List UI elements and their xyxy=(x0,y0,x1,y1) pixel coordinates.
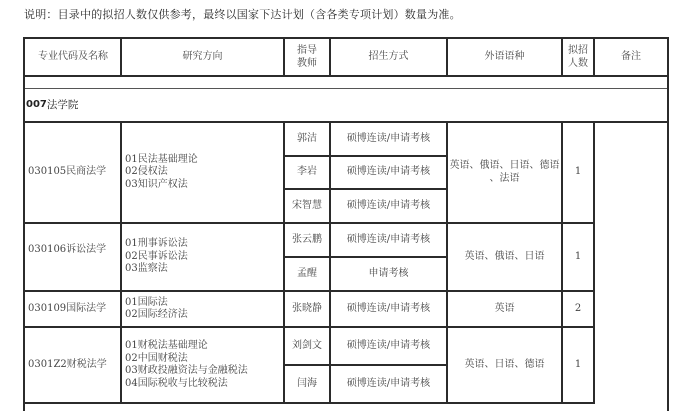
quota-cell: 1 xyxy=(563,224,593,290)
direction-item: 01国际法 xyxy=(125,297,168,310)
research-directions: 01国际法 02国际经济法 xyxy=(122,292,282,326)
advisor-name: 闫海 xyxy=(297,378,317,391)
header-remark: 备注 xyxy=(595,39,667,76)
language-text: 英语、俄语、日语 xyxy=(465,251,545,264)
header-quota-line2: 人数 xyxy=(568,58,588,71)
header-language: 外语语种 xyxy=(448,39,561,76)
language-cell: 英语、俄语、日语 xyxy=(448,224,561,290)
header-method-label: 招生方式 xyxy=(369,51,409,64)
college-row: 007法学院 xyxy=(24,89,324,122)
language-text: 英语 xyxy=(495,303,515,316)
direction-item: 03财政投融资法与金融税法 xyxy=(125,365,248,378)
header-language-label: 外语语种 xyxy=(485,51,525,64)
header-direction: 研究方向 xyxy=(122,39,283,76)
method-cell: 硕博连读/申请考核 xyxy=(331,157,446,188)
direction-item: 03知识产权法 xyxy=(125,179,188,192)
major-name: 030106诉讼法学 xyxy=(25,224,120,290)
major-name-label: 030109国际法学 xyxy=(28,303,106,316)
direction-item: 02国际经济法 xyxy=(125,309,188,322)
header-major: 专业代码及名称 xyxy=(25,39,121,76)
quota-cell: 1 xyxy=(563,328,593,402)
method-cell: 硕博连读/申请考核 xyxy=(331,224,446,256)
language-text: 英语、日语、德语 xyxy=(465,359,545,372)
college-code: 007 xyxy=(26,99,47,112)
language-cell: 英语 xyxy=(448,292,561,326)
major-name: 030105民商法学 xyxy=(25,123,120,222)
major-name: 0301Z2财税法学 xyxy=(25,328,120,402)
advisor-name: 刘剑文 xyxy=(292,340,322,353)
method-cell: 硕博连读/申请考核 xyxy=(331,292,446,326)
language-cell: 英语、俄语、日语、德语 、法语 xyxy=(448,123,561,222)
advisor-cell: 郭洁 xyxy=(285,123,329,155)
advisor-name: 张云鹏 xyxy=(292,234,322,247)
table-bottom-border xyxy=(24,402,594,404)
header-advisor: 指导 教师 xyxy=(285,39,329,76)
admission-method: 硕博连读/申请考核 xyxy=(347,340,430,353)
remark-cell xyxy=(595,123,667,402)
header-direction-label: 研究方向 xyxy=(183,51,223,64)
major-name-label: 0301Z2财税法学 xyxy=(28,359,107,372)
admission-method: 硕博连读/申请考核 xyxy=(347,166,430,179)
quota-value: 1 xyxy=(575,166,581,179)
research-directions: 01刑事诉讼法 02民事诉讼法 03监察法 xyxy=(122,224,282,290)
method-cell: 硕博连读/申请考核 xyxy=(331,328,446,364)
quota-cell: 1 xyxy=(563,123,593,222)
advisor-name: 李岩 xyxy=(297,166,317,179)
major-name-label: 030105民商法学 xyxy=(28,166,106,179)
method-cell: 硕博连读/申请考核 xyxy=(331,190,446,222)
research-directions: 01财税法基础理论 02中国财税法 03财政投融资法与金融税法 04国际税收与比… xyxy=(122,328,282,402)
admission-method: 硕博连读/申请考核 xyxy=(347,234,430,247)
admission-method: 硕博连读/申请考核 xyxy=(347,378,430,391)
language-cell: 英语、日语、德语 xyxy=(448,328,561,402)
direction-item: 04国际税收与比较税法 xyxy=(125,378,228,391)
direction-item: 02侵权法 xyxy=(125,166,168,179)
advisor-name: 宋智慧 xyxy=(292,200,322,213)
header-major-label: 专业代码及名称 xyxy=(38,51,108,64)
direction-item: 01财税法基础理论 xyxy=(125,340,208,353)
table-right-border xyxy=(667,37,669,411)
advisor-cell: 闫海 xyxy=(285,366,329,402)
quota-value: 1 xyxy=(575,359,581,372)
header-remark-label: 备注 xyxy=(621,51,641,64)
admission-method: 硕博连读/申请考核 xyxy=(347,133,430,146)
direction-item: 03监察法 xyxy=(125,263,168,276)
advisor-name: 郭洁 xyxy=(297,133,317,146)
catalog-note: 说明：目录中的拟招人数仅供参考，最终以国家下达计划（含各类专项计划）数量为准。 xyxy=(24,6,461,22)
admission-method: 硕博连读/申请考核 xyxy=(347,200,430,213)
advisor-cell: 刘剑文 xyxy=(285,328,329,364)
major-name-label: 030106诉讼法学 xyxy=(28,244,106,257)
advisor-name: 张晓静 xyxy=(292,303,322,316)
header-method: 招生方式 xyxy=(331,39,446,76)
method-cell: 硕博连读/申请考核 xyxy=(331,366,446,402)
advisor-cell: 李岩 xyxy=(285,157,329,188)
admission-method: 申请考核 xyxy=(369,268,409,281)
method-cell: 硕博连读/申请考核 xyxy=(331,123,446,155)
advisor-cell: 宋智慧 xyxy=(285,190,329,222)
direction-item: 01刑事诉讼法 xyxy=(125,238,188,251)
advisor-cell: 孟醒 xyxy=(285,258,329,290)
direction-item: 02民事诉讼法 xyxy=(125,251,188,264)
quota-value: 2 xyxy=(575,303,581,316)
header-quota: 拟招 人数 xyxy=(563,39,593,76)
language-text: 、法语 xyxy=(490,173,520,186)
direction-item: 01民法基础理论 xyxy=(125,154,198,167)
header-advisor-line2: 教师 xyxy=(297,58,317,71)
header-advisor-line1: 指导 xyxy=(297,45,317,58)
admission-method: 硕博连读/申请考核 xyxy=(347,303,430,316)
language-text: 英语、俄语、日语、德语 xyxy=(450,160,560,173)
header-quota-line1: 拟招 xyxy=(568,45,588,58)
direction-item: 02中国财税法 xyxy=(125,353,188,366)
major-name: 030109国际法学 xyxy=(25,292,120,326)
method-cell: 申请考核 xyxy=(331,258,446,290)
college-name: 法学院 xyxy=(47,99,79,112)
research-directions: 01民法基础理论 02侵权法 03知识产权法 xyxy=(122,123,282,222)
advisor-cell: 张晓静 xyxy=(285,292,329,326)
advisor-cell: 张云鹏 xyxy=(285,224,329,256)
quota-cell: 2 xyxy=(563,292,593,326)
quota-value: 1 xyxy=(575,251,581,264)
advisor-name: 孟醒 xyxy=(297,268,317,281)
